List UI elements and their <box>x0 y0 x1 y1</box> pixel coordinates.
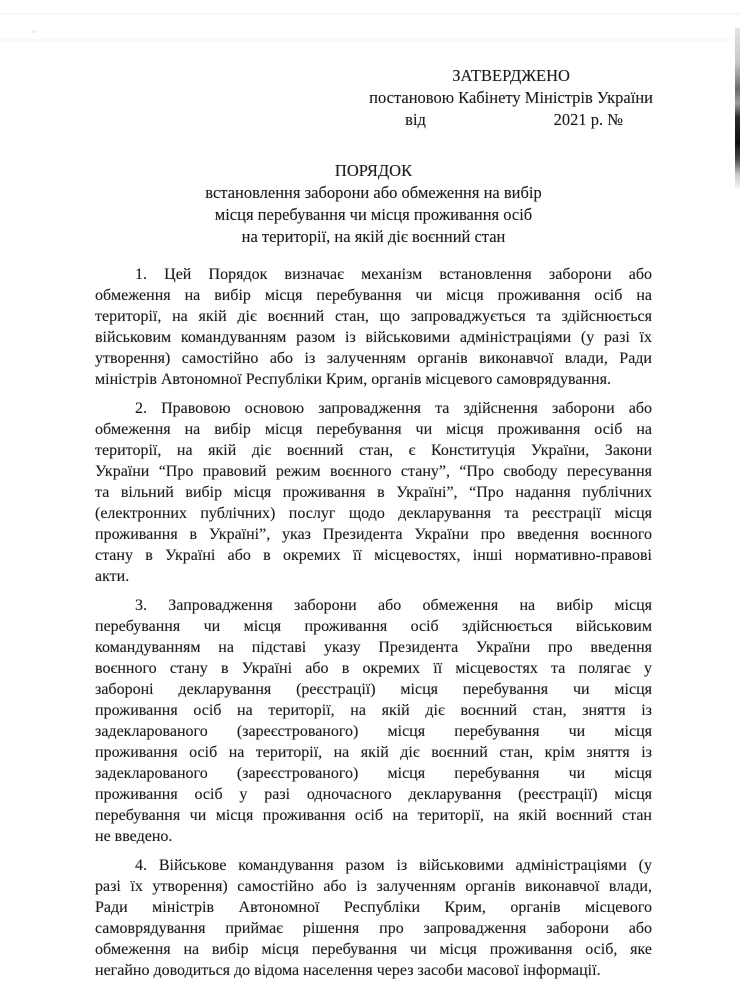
paragraph-line: не введено. <box>95 826 652 847</box>
approval-by-line: постановою Кабінету Міністрів України <box>369 87 653 109</box>
paragraph-line: утворення) самостійно або із залученням … <box>95 348 652 369</box>
paragraph-line: командуванням на підставі указу Президен… <box>95 637 652 658</box>
paragraph: 1. Цей Порядок визначає механізм встанов… <box>95 264 652 390</box>
paragraph-line: обмеження на вибір місця перебування чи … <box>95 419 652 440</box>
paragraph-line: України “Про правовий режим воєнного ста… <box>95 461 652 482</box>
paragraph: 4. Військове командування разом із війсь… <box>95 855 652 981</box>
paragraph-line: території, на якій діє воєнний стан, що … <box>95 306 652 327</box>
paragraph-line: території, на якій діє воєнний стан, є К… <box>95 440 652 461</box>
paragraph-line: проживання осіб на території, на якій ді… <box>95 742 652 763</box>
paragraph: 2. Правовою основою запровадження та зді… <box>95 398 652 587</box>
approval-date-prefix: від <box>405 109 426 131</box>
paragraph-line: воєнного стану в Україні або в окремих ї… <box>95 658 652 679</box>
paragraph-line: задекларованого (зареєстрованого) місця … <box>95 721 652 742</box>
paragraph-line: перебування чи місця проживання осіб на … <box>95 805 652 826</box>
scan-speck <box>32 30 36 33</box>
paragraph-line: 1. Цей Порядок визначає механізм встанов… <box>95 264 652 285</box>
document-title-line: на території, на якій діє воєнний стан <box>95 226 652 248</box>
document-title: ПОРЯДОК встановлення заборони або обмеже… <box>95 160 652 248</box>
scan-streak <box>0 39 740 41</box>
paragraph-line: міністрів Автономної Республіки Крим, ор… <box>95 369 652 390</box>
paragraph-line: стану в Україні або в окремих її місцево… <box>95 545 652 566</box>
scan-artifact-right-edge <box>735 28 740 188</box>
approval-date-suffix: 2021 р. № <box>554 109 623 131</box>
paragraph-line: військовим командуванням разом із військ… <box>95 327 652 348</box>
paragraph-line: 4. Військове командування разом із війсь… <box>95 855 652 876</box>
paragraph-line: проживання в Україні”, указ Президента У… <box>95 524 652 545</box>
paragraph-line: 2. Правовою основою запровадження та зді… <box>95 398 652 419</box>
paragraph-line: проживання осіб у разі одночасного декла… <box>95 784 652 805</box>
document-title-line: місця перебування чи місця проживання ос… <box>95 204 652 226</box>
approval-approved-label: ЗАТВЕРДЖЕНО <box>369 65 653 87</box>
approval-block: ЗАТВЕРДЖЕНО постановою Кабінету Міністрі… <box>369 65 653 131</box>
paragraph-line: самоврядування приймає рішення про запро… <box>95 918 652 939</box>
paragraph-line: Ради міністрів Автономної Республіки Кри… <box>95 897 652 918</box>
paragraph: 3. Запровадження заборони або обмеження … <box>95 595 652 847</box>
paragraph-line: забороні декларування (реєстрації) місця… <box>95 679 652 700</box>
paragraph-line: та вільний вибір місця проживання в Укра… <box>95 482 652 503</box>
scanned-document-page: ЗАТВЕРДЖЕНО постановою Кабінету Міністрі… <box>0 0 740 997</box>
document-body: 1. Цей Порядок визначає механізм встанов… <box>95 264 652 989</box>
paragraph-line: обмеження на вибір місця перебування чи … <box>95 285 652 306</box>
paragraph-line: 3. Запровадження заборони або обмеження … <box>95 595 652 616</box>
document-title-heading: ПОРЯДОК <box>95 160 652 182</box>
paragraph-line: задекларованого (зареєстрованого) місця … <box>95 763 652 784</box>
paragraph-line: обмеження на вибір місця перебування чи … <box>95 939 652 960</box>
scan-streak <box>0 13 740 15</box>
paragraph-line: перебування чи місця проживання осіб зді… <box>95 616 652 637</box>
paragraph-line: негайно доводиться до відома населення ч… <box>95 960 652 981</box>
approval-date-line: від 2021 р. № <box>369 109 653 131</box>
paragraph-line: акти. <box>95 566 652 587</box>
paragraph-line: проживання осіб на території, на якій ді… <box>95 700 652 721</box>
paragraph-line: (електронних публічних) послуг щодо декл… <box>95 503 652 524</box>
document-title-line: встановлення заборони або обмеження на в… <box>95 182 652 204</box>
paragraph-line: разі їх утворення) самостійно або із зал… <box>95 876 652 897</box>
